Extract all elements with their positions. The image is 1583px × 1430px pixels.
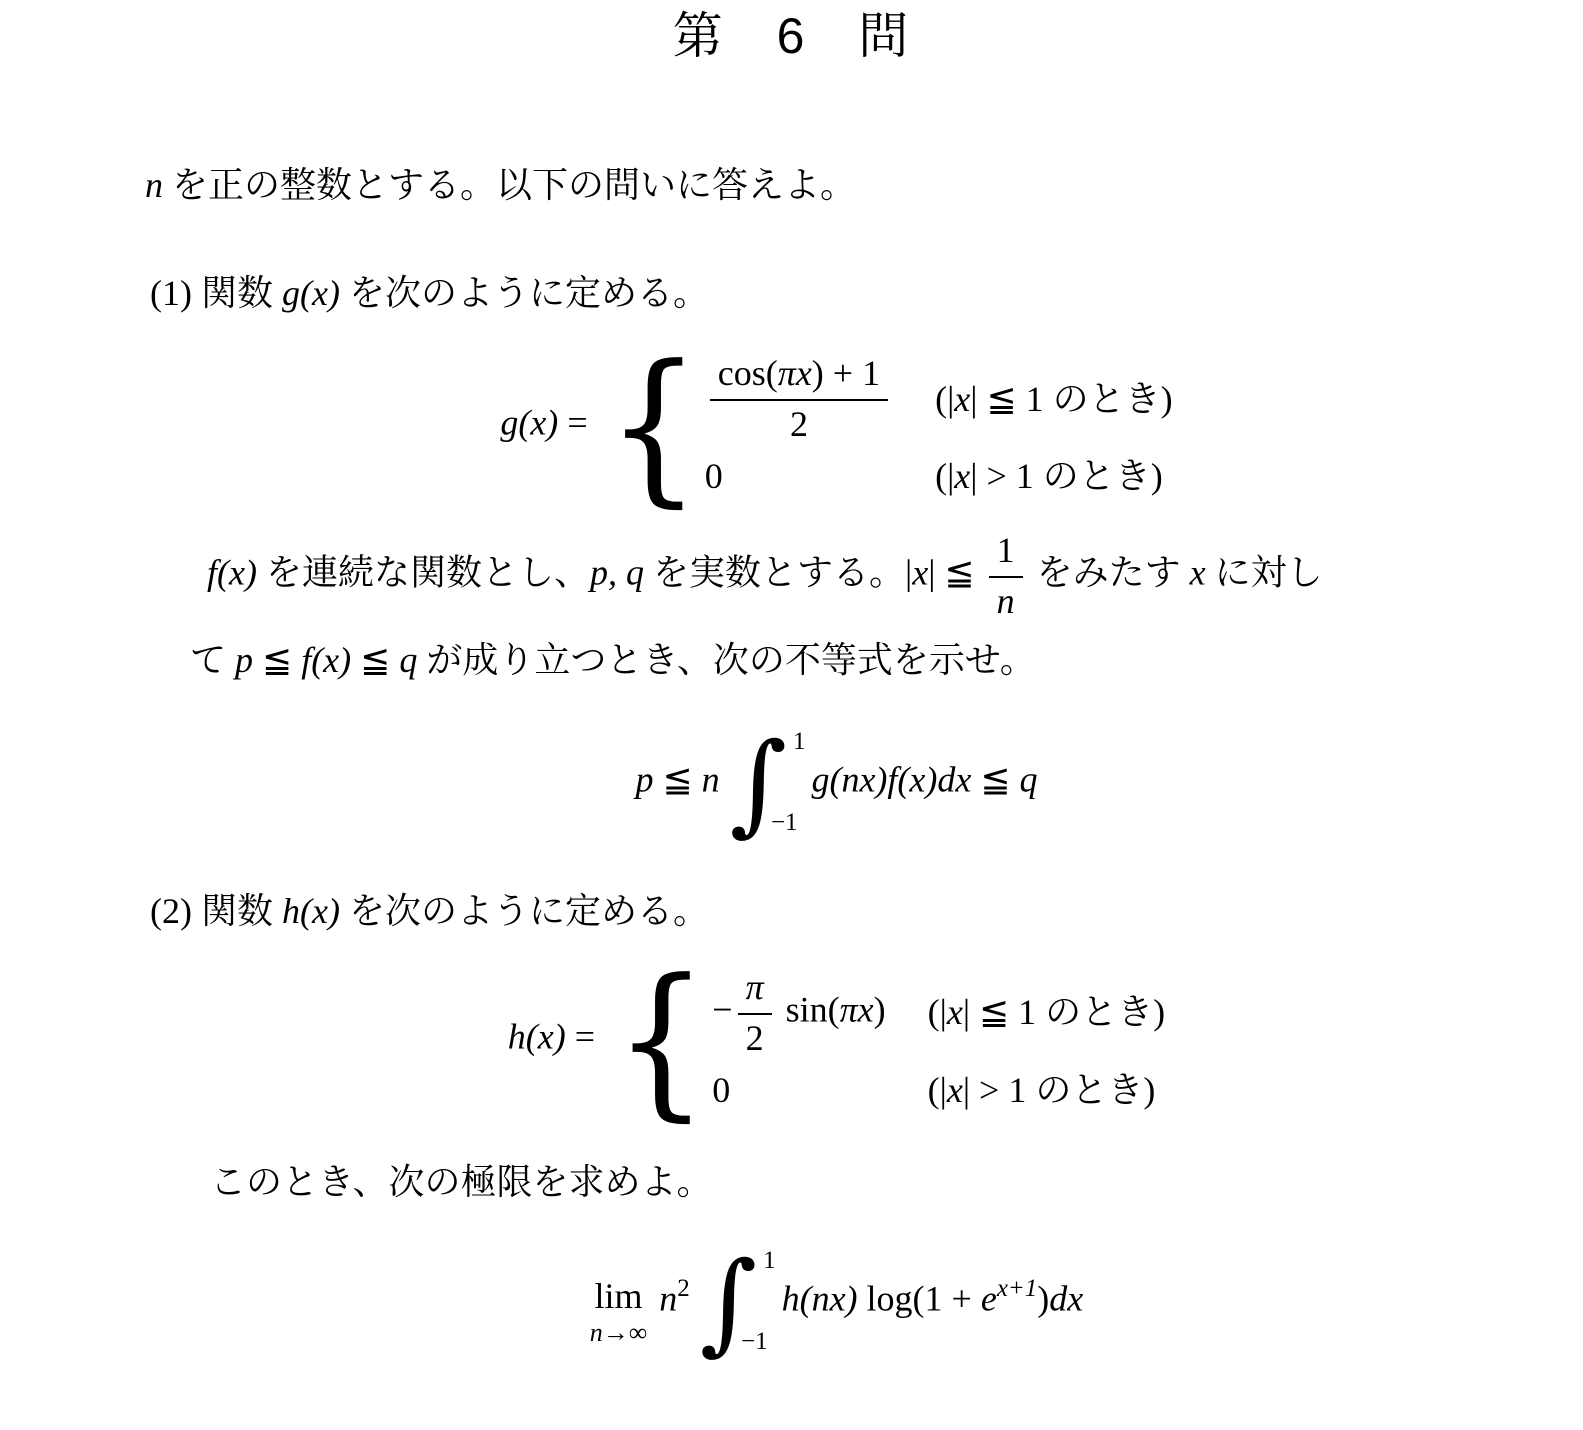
condition-close: | ≦ 1 のとき): [963, 992, 1165, 1032]
fraction-one-over-n: 1n: [989, 530, 1023, 623]
part1-paragraph-line1: f(x) を連続な関数とし、p, q を実数とする。|x| ≦ 1n をみたす …: [207, 530, 1583, 623]
h-case2-value: 0: [712, 1069, 730, 1112]
math-fx: f(x): [301, 640, 351, 680]
math-var-q: q: [399, 640, 417, 680]
close-paren: ): [874, 989, 886, 1029]
condition-open: (|: [928, 992, 947, 1032]
integral: ∫1−1: [700, 1244, 776, 1360]
integral-limits: 1−1: [787, 725, 806, 841]
text: をみたす: [1028, 552, 1190, 592]
math-var-q: q: [1020, 759, 1038, 799]
g-equation-lhs: g(x) =: [500, 402, 596, 442]
h-case1-value: −π2 sin(πx): [712, 967, 885, 1060]
math-var-p: p: [635, 759, 653, 799]
fraction-pi-over-2: π2: [738, 967, 772, 1060]
inequality-equation: p ≦ n∫1−1g(nx)f(x)dx ≦ q: [45, 725, 1583, 841]
math-hx: h(x): [282, 891, 340, 931]
cases-brace: {: [614, 957, 708, 1123]
math-hnx: h(nx): [782, 1279, 858, 1319]
g-case2-value: 0: [705, 455, 723, 498]
limit-operator: limn→∞: [590, 1278, 648, 1346]
fraction-denominator: n: [989, 578, 1023, 622]
condition-close: | ≦ 1 のとき): [970, 379, 1172, 419]
math-cos: cos(: [718, 353, 778, 393]
integral-limits: 1−1: [757, 1244, 776, 1360]
fraction-denominator: 2: [738, 1015, 772, 1059]
abs-bar-le: | ≦: [928, 552, 983, 592]
math-gx: g(x): [500, 402, 558, 442]
math-var-x: x: [947, 992, 963, 1032]
math-dx: dx: [1049, 1279, 1083, 1319]
math-var-n: n: [590, 1318, 603, 1347]
math-fx: f(x): [207, 552, 257, 592]
condition-close: | > 1 のとき): [970, 456, 1163, 496]
part1-heading-post: を次のように定める。: [340, 273, 709, 313]
math-hx: h(x): [508, 1016, 566, 1056]
exam-document: 第 6 問 n を正の整数とする。以下の問いに答えよ。 (1) 関数 g(x) …: [0, 0, 1583, 1430]
page-title: 第 6 問: [0, 0, 1583, 66]
math-var-x: x: [1190, 552, 1206, 592]
condition-open: (|: [935, 379, 954, 419]
fraction-numerator: π: [738, 967, 772, 1015]
math-log: log(1 +: [858, 1279, 981, 1319]
math-var-p: p: [235, 640, 253, 680]
fraction-numerator: 1: [989, 530, 1023, 578]
math-var-n: n: [659, 1279, 677, 1319]
fraction-numerator: cos(πx) + 1: [710, 353, 888, 401]
g-case1-value: cos(πx) + 12: [705, 353, 893, 446]
leq-sign: ≦: [971, 759, 1019, 799]
math-var-x: x: [947, 1070, 963, 1110]
part2-heading-post: を次のように定める。: [340, 891, 709, 931]
equals-sign: =: [566, 1016, 604, 1056]
integral-upper-limit: 1: [763, 1248, 776, 1273]
fraction: cos(πx) + 12: [710, 353, 888, 446]
part1-paragraph-line2: て p ≦ f(x) ≦ q が成り立つとき、次の不等式を示せ。: [190, 636, 1583, 685]
part2-prompt: このとき、次の極限を求めよ。: [210, 1158, 1583, 1207]
math-gx: g(x): [282, 273, 340, 313]
leq-sign: ≦: [253, 640, 301, 680]
integral-lower-limit: −1: [771, 810, 798, 835]
g-case1-condition: (|x| ≦ 1 のとき): [935, 378, 1173, 421]
h-definition-equation: h(x) = {−π2 sin(πx)(|x| ≦ 1 のとき)0(|x| > …: [45, 966, 1583, 1114]
integral: ∫1−1: [730, 725, 806, 841]
math-plus-one: ) + 1: [812, 353, 880, 393]
close-paren: ): [1037, 1279, 1049, 1319]
math-var-n: n: [702, 759, 720, 799]
math-var-x: x: [954, 456, 970, 496]
math-pq: p, q: [590, 552, 644, 592]
equals-sign: =: [558, 402, 596, 442]
lim-subscript: n→∞: [590, 1320, 648, 1346]
text: を連続な関数とし、: [257, 552, 590, 592]
condition-open: (|: [928, 1070, 947, 1110]
h-case2-condition: (|x| > 1 のとき): [928, 1069, 1166, 1112]
exponent-x-plus-1: x+1: [997, 1275, 1037, 1302]
leq-sign: ≦: [351, 640, 399, 680]
text: が成り立つとき、次の不等式を示せ。: [417, 640, 1035, 680]
math-var-x: x: [912, 552, 928, 592]
h-equation-lhs: h(x) =: [508, 1016, 604, 1056]
g-case2-condition: (|x| > 1 のとき): [935, 455, 1173, 498]
integral-upper-limit: 1: [793, 729, 806, 754]
text: て: [190, 640, 235, 680]
part2-heading-pre: (2) 関数: [150, 891, 282, 931]
math-var-n: n: [145, 165, 163, 205]
part1-heading-pre: (1) 関数: [150, 273, 282, 313]
lim-word: lim: [594, 1278, 642, 1314]
minus-sign: −: [712, 989, 732, 1029]
condition-open: (|: [935, 456, 954, 496]
integral-lower-limit: −1: [741, 1329, 768, 1354]
leq-sign: ≦: [653, 759, 701, 799]
fraction-denominator: 2: [710, 401, 888, 445]
math-var-e: e: [981, 1279, 997, 1319]
text: を実数とする。: [644, 552, 905, 592]
math-sin: sin(: [777, 989, 840, 1029]
math-pix: πx: [778, 353, 812, 393]
limit-equation: limn→∞n2∫1−1h(nx) log(1 + ex+1)dx: [45, 1244, 1583, 1360]
h-case1-condition: (|x| ≦ 1 のとき): [928, 991, 1166, 1034]
cases-brace: {: [607, 343, 701, 509]
g-definition-equation: g(x) = {cos(πx) + 12(|x| ≦ 1 のとき)0(|x| >…: [45, 352, 1583, 500]
arrow-infinity: →∞: [603, 1318, 648, 1347]
g-cases: cos(πx) + 12(|x| ≦ 1 のとき)0(|x| > 1 のとき): [705, 353, 1173, 499]
integrand: g(nx)f(x)dx: [811, 759, 971, 799]
text: に対し: [1206, 552, 1323, 592]
intro-line: n を正の整数とする。以下の問いに答えよ。: [145, 161, 1583, 210]
exponent-2: 2: [677, 1275, 690, 1302]
h-cases: −π2 sin(πx)(|x| ≦ 1 のとき)0(|x| > 1 のとき): [712, 967, 1165, 1113]
part2-heading: (2) 関数 h(x) を次のように定める。: [150, 887, 1583, 936]
part1-heading: (1) 関数 g(x) を次のように定める。: [150, 269, 1583, 318]
math-var-x: x: [954, 379, 970, 419]
math-pix: πx: [840, 989, 874, 1029]
intro-text: を正の整数とする。以下の問いに答えよ。: [163, 165, 856, 205]
condition-close: | > 1 のとき): [963, 1070, 1156, 1110]
